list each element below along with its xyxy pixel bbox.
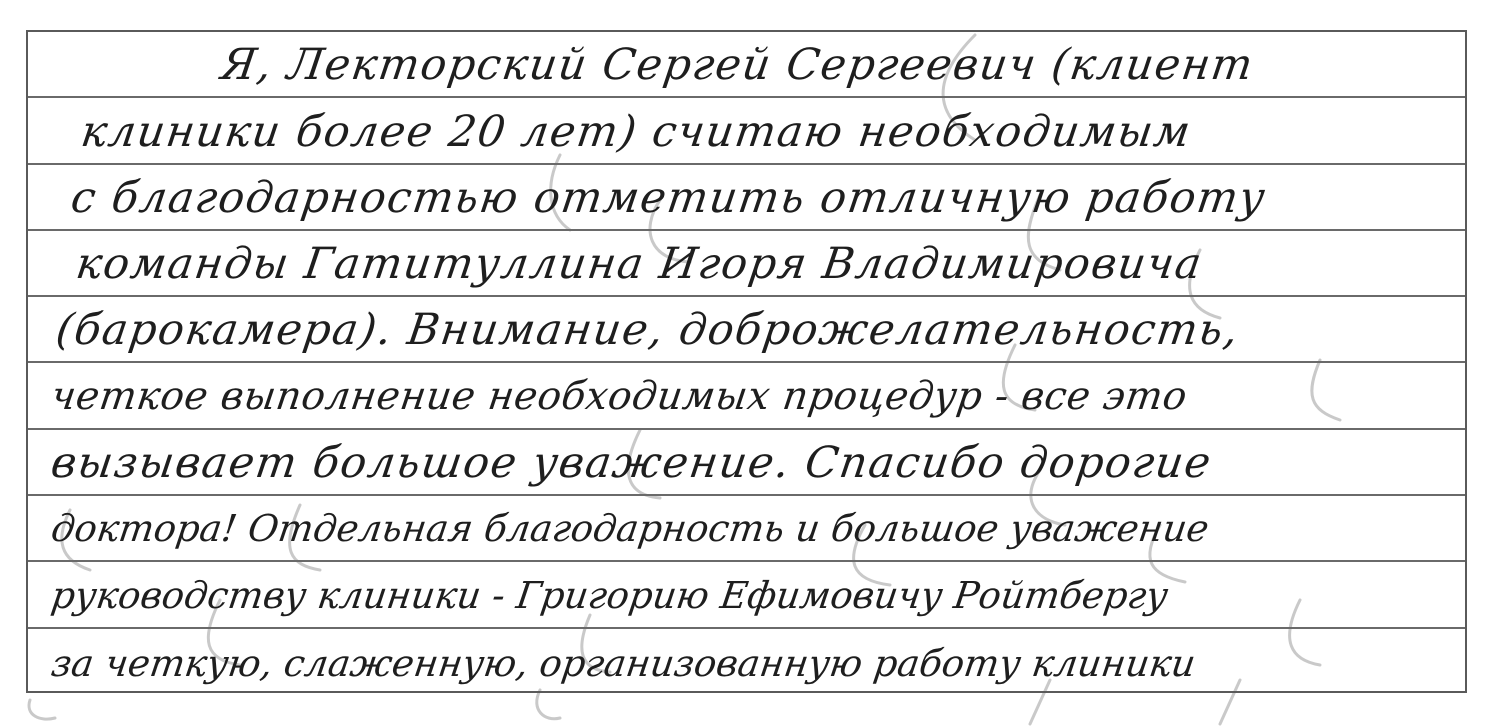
ruled-line-4: команды Гатитуллина Игоря Владимировича: [28, 231, 1465, 297]
ruled-line-8: доктора! Отдельная благодарность и больш…: [28, 496, 1465, 562]
handwritten-line: клиники более 20 лет) считаю необходимым: [78, 107, 1466, 157]
ruled-line-2: клиники более 20 лет) считаю необходимым: [28, 98, 1465, 164]
handwritten-line: Я, Лекторский Сергей Сергеевич (клиент: [218, 40, 1466, 90]
handwritten-line: четкое выполнение необходимых процедур -…: [48, 372, 1466, 422]
ruled-sheet: Я, Лекторский Сергей Сергеевич (клиент к…: [26, 30, 1467, 693]
ruled-line-6: четкое выполнение необходимых процедур -…: [28, 364, 1465, 430]
handwritten-line: с благодарностью отметить отличную работ…: [68, 173, 1466, 223]
handwritten-line: доктора! Отдельная благодарность и больш…: [48, 504, 1466, 554]
ruled-line-1: Я, Лекторский Сергей Сергеевич (клиент: [28, 32, 1465, 98]
handwritten-line: руководству клиники - Григорию Ефимовичу…: [48, 571, 1466, 621]
ruled-line-3: с благодарностью отметить отличную работ…: [28, 165, 1465, 231]
ruled-line-5: (барокамера). Внимание, доброжелательнос…: [28, 297, 1465, 363]
handwritten-line: (барокамера). Внимание, доброжелательнос…: [53, 305, 1466, 355]
ruled-line-9: руководству клиники - Григорию Ефимовичу…: [28, 562, 1465, 628]
handwritten-line: за четкую, слаженную, организованную раб…: [48, 639, 1466, 689]
handwritten-line: команды Гатитуллина Игоря Владимировича: [73, 239, 1466, 289]
ruled-line-10: за четкую, слаженную, организованную раб…: [28, 629, 1465, 695]
ruled-line-7: вызывает большое уважение. Спасибо дорог…: [28, 430, 1465, 496]
handwritten-line: вызывает большое уважение. Спасибо дорог…: [48, 438, 1466, 488]
